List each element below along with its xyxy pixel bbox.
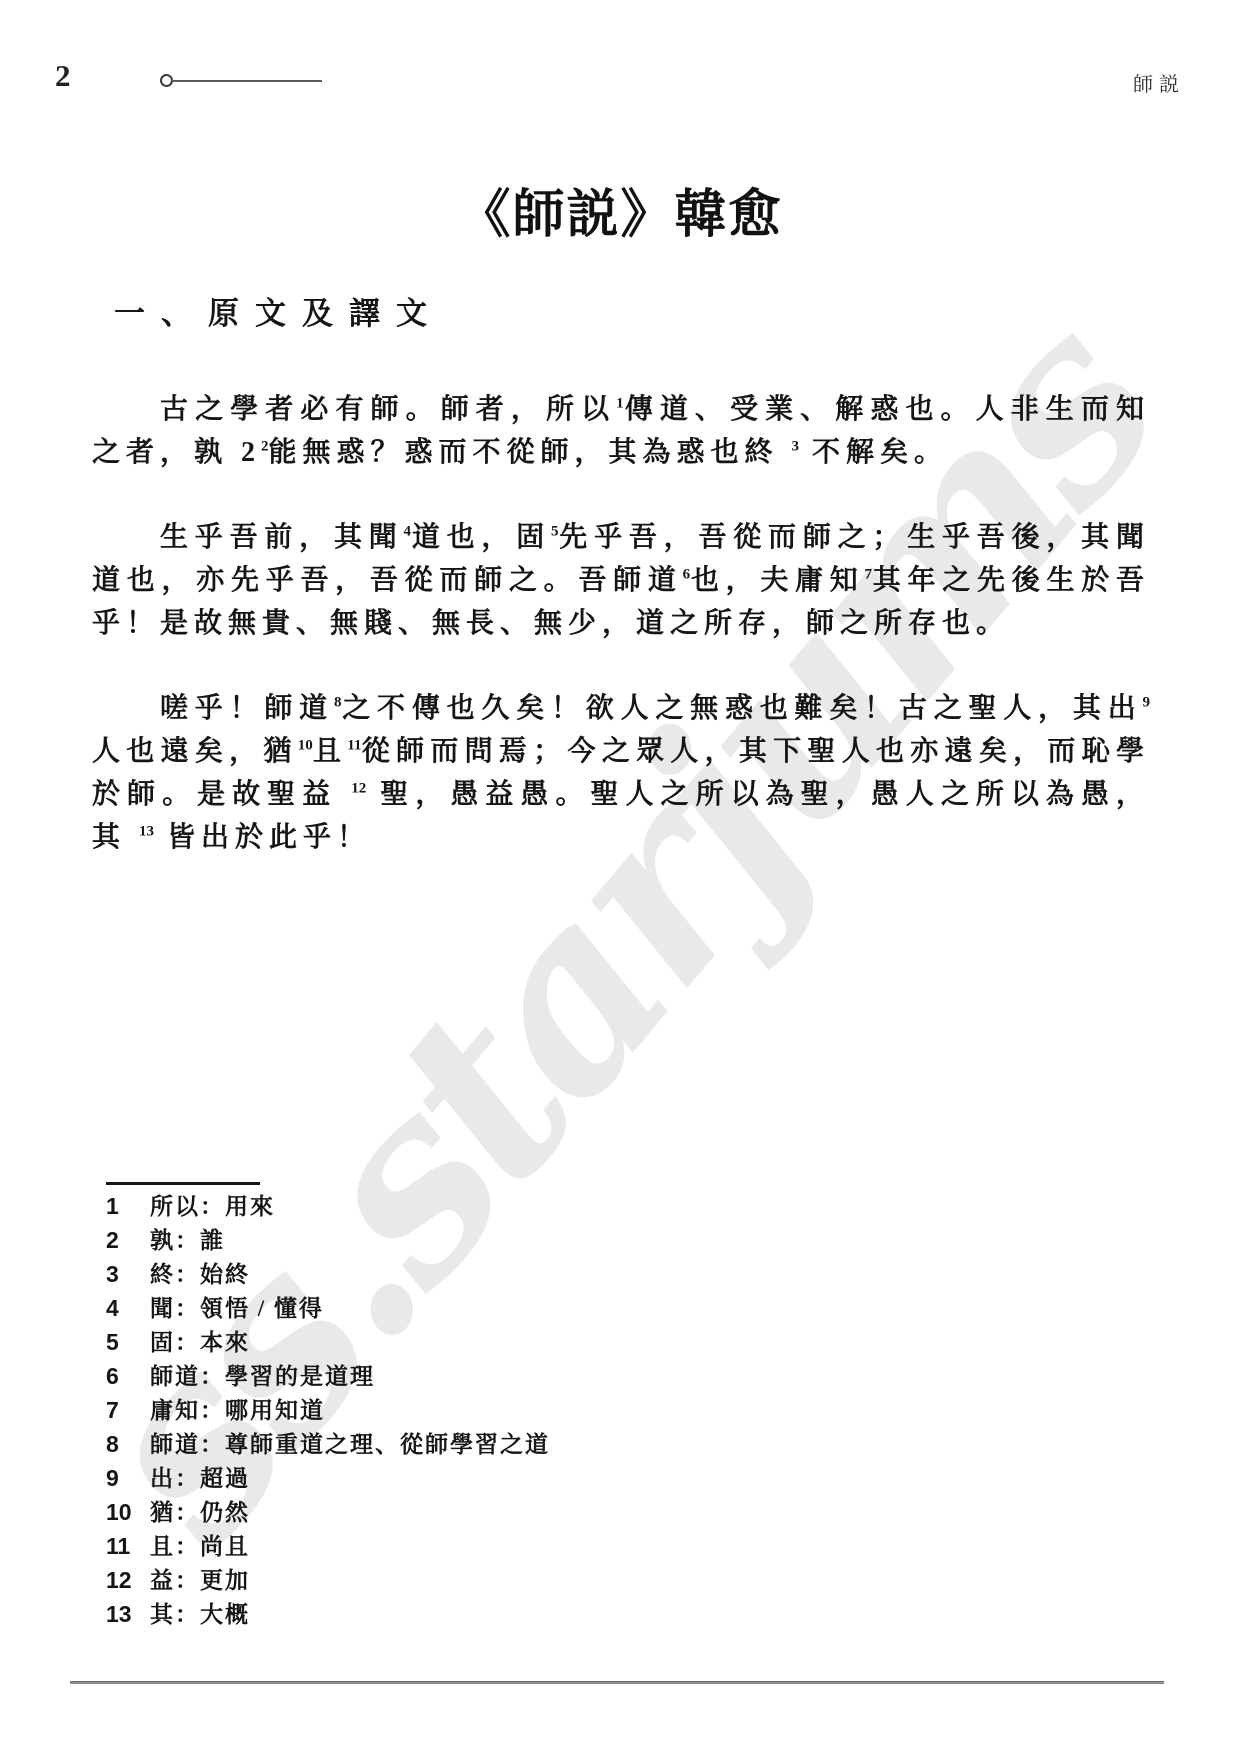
footnote-item: 4聞：領悟 / 懂得 [106,1293,550,1327]
footnote-number: 3 [106,1259,150,1289]
page-number: 2 [55,58,71,94]
footnote-marker: 7 [865,567,873,583]
footnote-text: 所以：用來 [150,1194,275,1219]
footnote-divider [106,1182,260,1185]
footnote-number: 13 [106,1599,150,1629]
footnote-number: 8 [106,1429,150,1459]
footnote-marker: 12 [351,781,366,797]
footnote-item: 1所以：用來 [106,1191,550,1225]
footnote-text: 庸知：哪用知道 [150,1398,325,1423]
footnote-item: 6師道：學習的是道理 [106,1361,550,1395]
body-paragraphs: 古之學者必有師。師者，所以1傳道、受業、解惑也。人非生而知之者，孰 22能無惑？… [92,388,1150,859]
footer-rule [70,1681,1164,1684]
footnote-marker: 10 [298,738,313,754]
footnote-text: 聞：領悟 / 懂得 [150,1296,324,1321]
footnote-text: 其：大概 [150,1602,250,1627]
footnote-text: 猶：仍然 [150,1500,250,1525]
footnote-item: 5固：本來 [106,1327,550,1361]
footnote-marker: 1 [616,396,624,412]
footnote-marker: 3 [792,439,800,455]
footnote-marker: 4 [404,524,412,540]
footnote-number: 12 [106,1565,150,1595]
footnote-marker: 8 [334,695,342,711]
footnote-number: 7 [106,1395,150,1425]
footnote-text: 出：超過 [150,1466,250,1491]
footnote-text: 孰：誰 [150,1228,225,1253]
paragraph: 生乎吾前，其聞4道也，固5先乎吾，吾從而師之；生乎吾後，其聞道也，亦先乎吾，吾從… [92,516,1150,645]
footnote-number: 11 [106,1531,150,1561]
paragraph: 古之學者必有師。師者，所以1傳道、受業、解惑也。人非生而知之者，孰 22能無惑？… [92,388,1150,474]
footnote-number: 9 [106,1463,150,1493]
footnote-text: 固：本來 [150,1330,250,1355]
footnote-text: 且：尚且 [150,1534,250,1559]
footnote-item: 3終：始終 [106,1259,550,1293]
header-ornament [160,74,322,87]
footnote-item: 11且：尚且 [106,1531,550,1565]
footnote-item: 9出：超過 [106,1463,550,1497]
footnote-item: 7庸知：哪用知道 [106,1395,550,1429]
footnote-number: 1 [106,1191,150,1221]
footnote-number: 4 [106,1293,150,1323]
footnote-text: 益：更加 [150,1568,250,1593]
footnote-marker: 2 [261,439,269,455]
footnote-item: 8師道：尊師重道之理、從師學習之道 [106,1429,550,1463]
footnote-number: 6 [106,1361,150,1391]
footnotes-section: 1所以：用來2孰：誰3終：始終4聞：領悟 / 懂得5固：本來6師道：學習的是道理… [106,1182,550,1633]
paragraph: 嗟乎！師道8之不傳也久矣！欲人之無惑也難矣！古之聖人，其出9人也遠矣，猶10且1… [92,687,1150,859]
footnote-text: 終：始終 [150,1262,250,1287]
footnote-marker: 6 [683,567,691,583]
footnote-marker: 13 [139,824,154,840]
footnote-marker: 5 [551,524,559,540]
footnote-marker: 11 [347,738,361,754]
footnote-number: 10 [106,1497,150,1527]
footnote-list: 1所以：用來2孰：誰3終：始終4聞：領悟 / 懂得5固：本來6師道：學習的是道理… [106,1191,550,1633]
footnote-text: 師道：尊師重道之理、從師學習之道 [150,1432,550,1457]
footnote-number: 5 [106,1327,150,1357]
document-title: 《師説》韓愈 [0,172,1241,247]
footnote-item: 12益：更加 [106,1565,550,1599]
section-heading: 一、原文及譯文 [114,288,443,333]
footnote-marker: 9 [1142,695,1150,711]
footnote-item: 2孰：誰 [106,1225,550,1259]
document-page: ss.starjums 2 師説 《師説》韓愈 一、原文及譯文 古之學者必有師。… [0,0,1241,1754]
footnote-text: 師道：學習的是道理 [150,1364,375,1389]
running-header-title: 師説 [1133,68,1185,97]
footnote-item: 13其：大概 [106,1599,550,1633]
ornament-line [172,80,322,82]
footnote-item: 10猶：仍然 [106,1497,550,1531]
footnote-number: 2 [106,1225,150,1255]
